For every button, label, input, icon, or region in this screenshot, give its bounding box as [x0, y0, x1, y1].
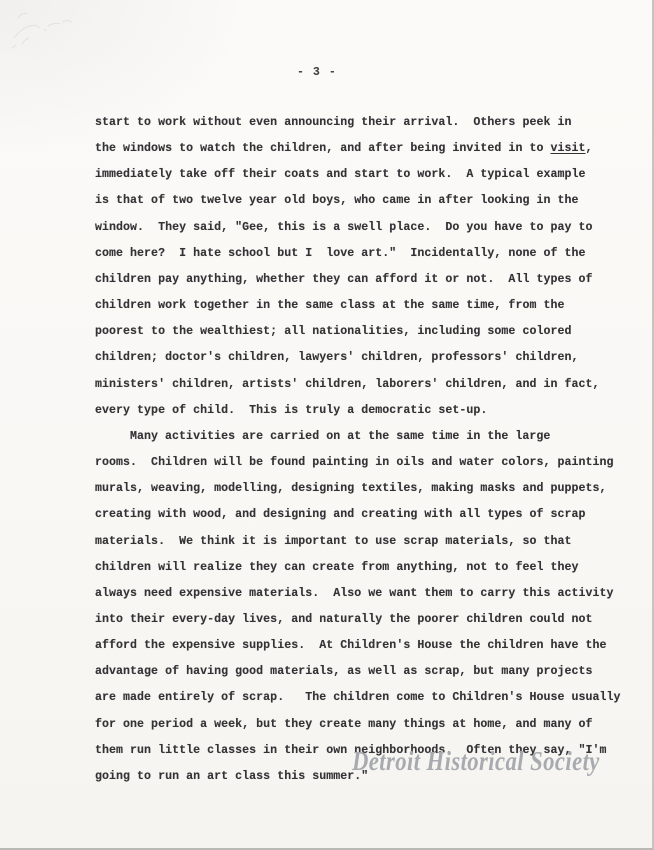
text-segment: Many activities are carried on at the sa…: [130, 430, 550, 443]
text-line: always need expensive materials. Also we…: [95, 581, 621, 607]
underlined-word: visit: [550, 142, 585, 155]
text-segment: ,: [586, 142, 593, 155]
text-segment: for one period a week, but they create m…: [95, 718, 593, 731]
text-line: materials. We think it is important to u…: [95, 529, 621, 555]
pencil-scribble-marks: [4, 4, 94, 64]
text-line: afford the expensive supplies. At Childr…: [95, 633, 621, 659]
text-segment: murals, weaving, modelling, designing te…: [95, 482, 607, 495]
text-segment: immediately take off their coats and sta…: [95, 168, 586, 181]
text-line: Many activities are carried on at the sa…: [95, 424, 621, 450]
text-line: ministers' children, artists' children, …: [95, 372, 621, 398]
text-line: come here? I hate school but I love art.…: [95, 241, 621, 267]
text-line: the windows to watch the children, and a…: [95, 136, 621, 162]
text-segment: is that of two twelve year old boys, who…: [95, 194, 579, 207]
text-segment: children work together in the same class…: [95, 299, 565, 312]
text-segment: window. They said, "Gee, this is a swell…: [95, 221, 593, 234]
watermark: Detroit Historical Society: [352, 746, 600, 777]
text-line: advantage of having good materials, as w…: [95, 659, 621, 685]
text-line: for one period a week, but they create m…: [95, 712, 621, 738]
text-segment: materials. We think it is important to u…: [95, 535, 572, 548]
text-segment: going to run an art class this summer.": [95, 770, 368, 783]
text-segment: into their every-day lives, and naturall…: [95, 613, 593, 626]
text-segment: start to work without even announcing th…: [95, 116, 572, 129]
text-segment: advantage of having good materials, as w…: [95, 665, 593, 678]
page-number: - 3 -: [297, 66, 337, 79]
text-line: children will realize they can create fr…: [95, 555, 621, 581]
text-segment: creating with wood, and designing and cr…: [95, 508, 586, 521]
text-segment: rooms. Children will be found painting i…: [95, 456, 614, 469]
text-segment: always need expensive materials. Also we…: [95, 587, 614, 600]
typewritten-text: start to work without even announcing th…: [95, 110, 621, 790]
text-line: is that of two twelve year old boys, who…: [95, 188, 621, 214]
text-line: start to work without even announcing th…: [95, 110, 621, 136]
text-segment: ministers' children, artists' children, …: [95, 378, 600, 391]
scanned-page: - 3 - start to work without even announc…: [0, 0, 654, 850]
text-line: creating with wood, and designing and cr…: [95, 502, 621, 528]
text-line: every type of child. This is truly a dem…: [95, 398, 621, 424]
text-segment: children; doctor's children, lawyers' ch…: [95, 351, 579, 364]
text-line: into their every-day lives, and naturall…: [95, 607, 621, 633]
text-segment: poorest to the wealthiest; all nationali…: [95, 325, 572, 338]
text-line: poorest to the wealthiest; all nationali…: [95, 319, 621, 345]
text-line: rooms. Children will be found painting i…: [95, 450, 621, 476]
text-line: children pay anything, whether they can …: [95, 267, 621, 293]
text-segment: afford the expensive supplies. At Childr…: [95, 639, 607, 652]
text-segment: the windows to watch the children, and a…: [95, 142, 550, 155]
text-line: window. They said, "Gee, this is a swell…: [95, 215, 621, 241]
text-segment: every type of child. This is truly a dem…: [95, 404, 487, 417]
text-line: children; doctor's children, lawyers' ch…: [95, 345, 621, 371]
text-line: are made entirely of scrap. The children…: [95, 685, 621, 711]
text-line: immediately take off their coats and sta…: [95, 162, 621, 188]
text-segment: are made entirely of scrap. The children…: [95, 691, 621, 704]
text-line: children work together in the same class…: [95, 293, 621, 319]
text-line: murals, weaving, modelling, designing te…: [95, 476, 621, 502]
text-segment: children pay anything, whether they can …: [95, 273, 593, 286]
text-segment: come here? I hate school but I love art.…: [95, 247, 586, 260]
text-segment: children will realize they can create fr…: [95, 561, 579, 574]
